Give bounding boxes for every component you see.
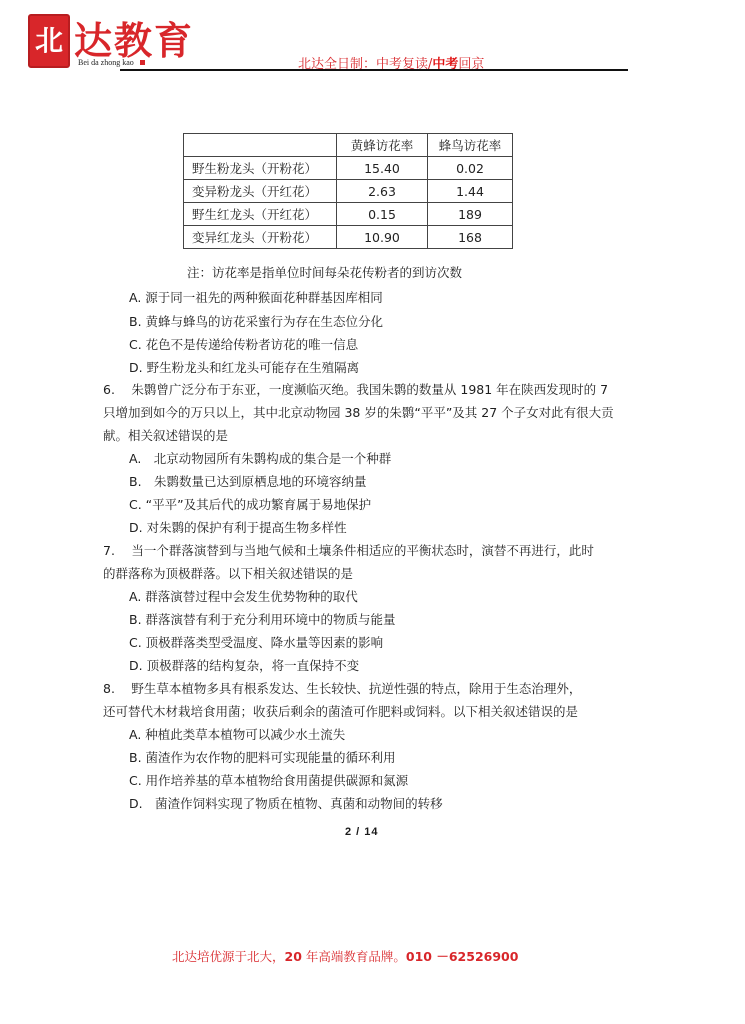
q6-option-b: B. 朱鹮数量已达到原栖息地的环境容纳量: [129, 472, 367, 490]
q6-stem-line2: 只增加到如今的万只以上，其中北京动物园 38 岁的朱鹮“平平”及其 27 个子女…: [103, 403, 614, 421]
logo-mark: 北: [28, 14, 70, 68]
table-row: 变异粉龙头（开红花） 2.63 1.44: [184, 180, 513, 203]
wasp-rate: 0.15: [337, 203, 428, 226]
table-header-hummingbird: 蜂鸟访花率: [428, 134, 513, 157]
row-label: 野生粉龙头（开粉花）: [184, 157, 337, 180]
row-label: 变异粉龙头（开红花）: [184, 180, 337, 203]
footer-phone: 010 －62526900: [406, 949, 519, 964]
q5-option-c: C. 花色不是传递给传粉者访花的唯一信息: [129, 335, 358, 353]
logo-subtitle: Bei da zhong kao: [78, 58, 145, 67]
table-header-empty: [184, 134, 337, 157]
q7-option-a: A. 群落演替过程中会发生优势物种的取代: [129, 587, 358, 605]
q7-option-c: C. 顶极群落类型受温度、降水量等因素的影响: [129, 633, 383, 651]
row-label: 野生红龙头（开红花）: [184, 203, 337, 226]
footer-text-1: 北达培优源于北大，: [172, 949, 285, 964]
q5-option-d: D. 野生粉龙头和红龙头可能存在生殖隔离: [129, 358, 359, 376]
q7-stem-line1: 7. 当一个群落演替到与当地气候和土壤条件相适应的平衡状态时，演替不再进行，此时: [103, 541, 594, 559]
q6-stem-line3: 献。相关叙述错误的是: [103, 426, 228, 444]
q5-option-b: B. 黄蜂与蜂鸟的访花采蜜行为存在生态位分化: [129, 312, 383, 330]
q7-option-b: B. 群落演替有利于充分利用环境中的物质与能量: [129, 610, 396, 628]
hummingbird-rate: 0.02: [428, 157, 513, 180]
table-header-row: 黄蜂访花率 蜂鸟访花率: [184, 134, 513, 157]
footer-slogan: 北达培优源于北大，20 年高端教育品牌。010 －62526900: [172, 947, 518, 965]
q8-stem-line1: 8. 野生草本植物多具有根系发达、生长较快、抗逆性强的特点，除用于生态治理外，: [103, 679, 581, 697]
footer-bold-1: 20: [285, 949, 302, 964]
hummingbird-rate: 189: [428, 203, 513, 226]
q6-stem-line1: 6. 朱鹮曾广泛分布于东亚，一度濒临灭绝。我国朱鹮的数量从 1981 年在陕西发…: [103, 380, 608, 398]
q8-option-b: B. 菌渣作为农作物的肥料可实现能量的循环利用: [129, 748, 396, 766]
q8-option-c: C. 用作培养基的草本植物给食用菌提供碳源和氮源: [129, 771, 408, 789]
page-number: 2 / 14: [345, 826, 379, 838]
table-note: 注：访花率是指单位时间每朵花传粉者的到访次数: [187, 263, 462, 281]
logo: 北 达教育 Bei da zhong kao: [22, 14, 202, 74]
wasp-rate: 2.63: [337, 180, 428, 203]
q6-option-a: A. 北京动物园所有朱鹮构成的集合是一个种群: [129, 449, 391, 467]
q6-option-d: D. 对朱鹮的保护有利于提高生物多样性: [129, 518, 347, 536]
table-header-wasp: 黄蜂访花率: [337, 134, 428, 157]
table-row: 野生粉龙头（开粉花） 15.40 0.02: [184, 157, 513, 180]
q6-option-c: C. “平平”及其后代的成功繁育属于易地保护: [129, 495, 371, 513]
hummingbird-rate: 168: [428, 226, 513, 249]
table-row: 野生红龙头（开红花） 0.15 189: [184, 203, 513, 226]
header-divider: [120, 69, 628, 71]
q5-option-a: A. 源于同一祖先的两种猴面花种群基因库相同: [129, 288, 383, 306]
table-row: 变异红龙头（开粉花） 10.90 168: [184, 226, 513, 249]
q8-option-a: A. 种植此类草本植物可以减少水土流失: [129, 725, 345, 743]
hummingbird-rate: 1.44: [428, 180, 513, 203]
visit-rate-table: 黄蜂访花率 蜂鸟访花率 野生粉龙头（开粉花） 15.40 0.02 变异粉龙头（…: [183, 133, 513, 249]
q7-stem-line2: 的群落称为顶极群落。以下相关叙述错误的是: [103, 564, 353, 582]
logo-text: 达教育: [74, 10, 194, 65]
q8-stem-line2: 还可替代木材栽培食用菌；收获后剩余的菌渣可作肥料或饲料。以下相关叙述错误的是: [103, 702, 578, 720]
row-label: 变异红龙头（开粉花）: [184, 226, 337, 249]
footer-text-2: 年高端教育品牌。: [302, 949, 406, 964]
wasp-rate: 10.90: [337, 226, 428, 249]
wasp-rate: 15.40: [337, 157, 428, 180]
q7-option-d: D. 顶极群落的结构复杂，将一直保持不变: [129, 656, 359, 674]
q8-option-d: D. 菌渣作饲料实现了物质在植物、真菌和动物间的转移: [129, 794, 443, 812]
